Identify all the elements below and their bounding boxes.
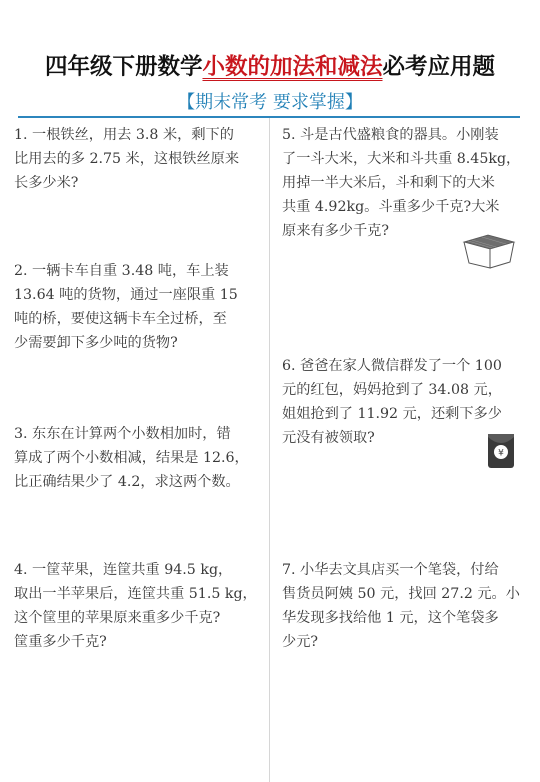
question-1: 1. 一根铁丝，用去 3.8 米，剩下的 比用去的多 2.75 米，这根铁丝原来… [14,123,264,195]
question-line: 7. 小华去文具店买一个笔袋，付给 [282,558,532,582]
question-line: 少元? [282,630,532,654]
question-line: 了一斗大米，大米和斗共重 8.45kg， [282,147,532,171]
question-line: 元的红包，妈妈抢到了 34.08 元， [282,378,532,402]
question-line: 用掉一半大米后，斗和剩下的大米 [282,171,532,195]
page-title: 四年级下册数学小数的加法和减法必考应用题 [0,49,540,81]
question-line: 比正确结果少了 4.2，求这两个数。 [14,470,264,494]
title-suffix: 必考应用题 [383,54,496,80]
title-prefix: 四年级下册数学 [45,54,203,80]
question-line: 共重 4.92kg。斗重多少千克?大米 [282,195,532,219]
question-line: 长多少米? [14,171,264,195]
question-line: 少需要卸下多少吨的货物? [14,331,264,355]
question-line: 13.64 吨的货物，通过一座限重 15 [14,283,264,307]
question-line: 姐姐抢到了 11.92 元，还剩下多少 [282,402,532,426]
question-line: 这个筐里的苹果原来重多少千克? [14,606,264,630]
question-line: 1. 一根铁丝，用去 3.8 米，剩下的 [14,123,264,147]
question-line: 比用去的多 2.75 米，这根铁丝原来 [14,147,264,171]
question-line: 3. 东东在计算两个小数相加时，错 [14,422,264,446]
question-line: 4. 一筐苹果，连筐共重 94.5 kg， [14,558,264,582]
page-subtitle: 【期末常考 要求掌握】 [0,88,540,114]
question-line: 售货员阿姨 50 元，找回 27.2 元。小 [282,582,532,606]
question-line: 吨的桥，要使这辆卡车全过桥，至 [14,307,264,331]
question-line: 2. 一辆卡车自重 3.48 吨，车上装 [14,259,264,283]
question-line: 算成了两个小数相减，结果是 12.6， [14,446,264,470]
question-line: 取出一半苹果后，连筐共重 51.5 kg， [14,582,264,606]
svg-text:¥: ¥ [498,449,504,459]
column-divider [269,118,270,782]
question-2: 2. 一辆卡车自重 3.48 吨，车上装 13.64 吨的货物，通过一座限重 1… [14,259,264,355]
question-4: 4. 一筐苹果，连筐共重 94.5 kg， 取出一半苹果后，连筐共重 51.5 … [14,558,264,654]
question-5: 5. 斗是古代盛粮食的器具。小刚装 了一斗大米，大米和斗共重 8.45kg， 用… [282,123,532,243]
question-line: 筐重多少千克? [14,630,264,654]
title-highlight: 小数的加法和减法 [202,54,382,80]
question-7: 7. 小华去文具店买一个笔袋，付给 售货员阿姨 50 元，找回 27.2 元。小… [282,558,532,654]
dou-measure-box-icon [460,232,518,270]
question-line: 华发现多找给他 1 元，这个笔袋多 [282,606,532,630]
question-line: 6. 爸爸在家人微信群发了一个 100 [282,354,532,378]
question-line: 5. 斗是古代盛粮食的器具。小刚装 [282,123,532,147]
red-packet-icon: ¥ [487,433,515,469]
question-3: 3. 东东在计算两个小数相加时，错 算成了两个小数相减，结果是 12.6， 比正… [14,422,264,494]
